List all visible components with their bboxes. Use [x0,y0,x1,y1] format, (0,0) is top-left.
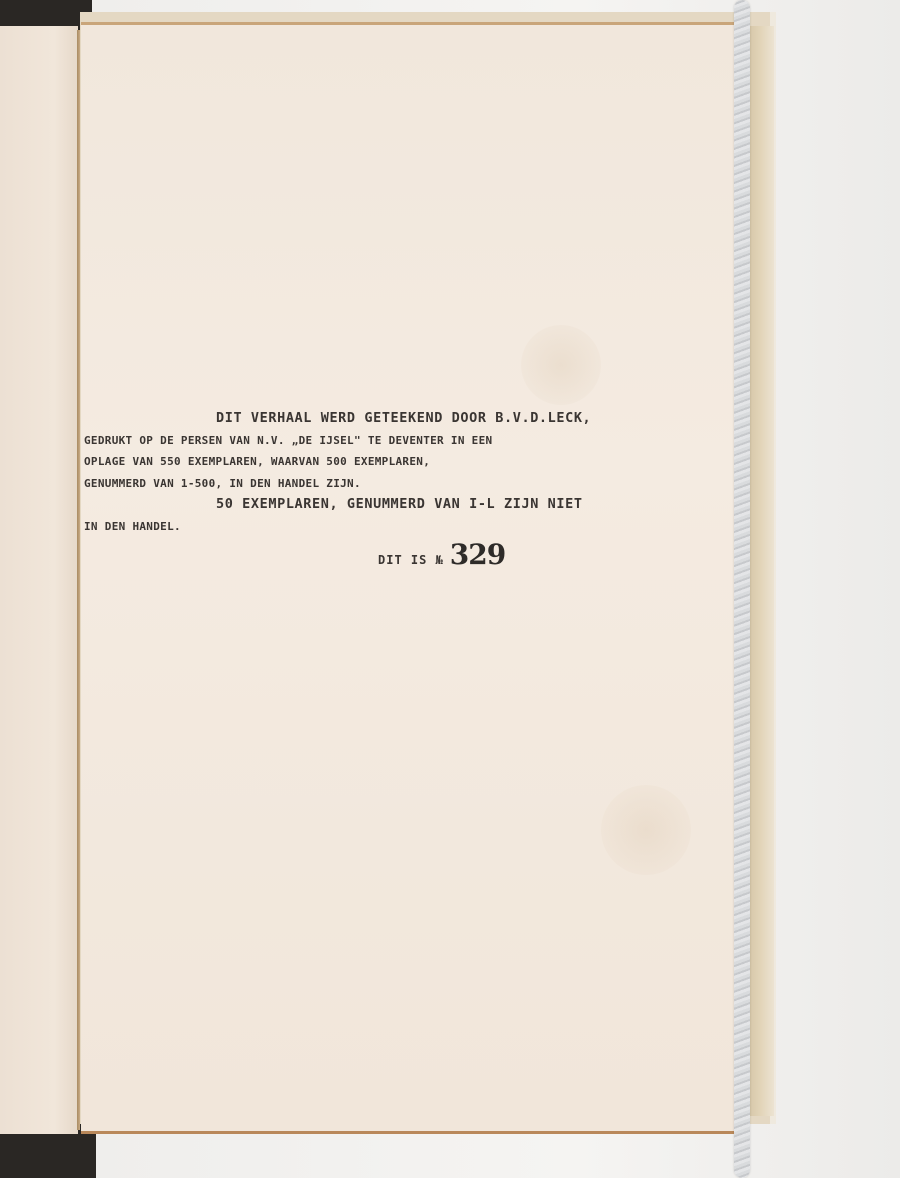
colophon-line: GEDRUKT OP DE PERSEN VAN N.V. „DE IJSEL"… [84,430,704,452]
paper-stain [521,325,601,405]
paper-stain [601,785,691,875]
copy-number: DIT IS № 329 [378,538,505,571]
copy-number-prefix: DIT IS № [378,553,444,567]
left-page [0,26,78,1134]
colophon-line: IN DEN HANDEL. [84,516,704,538]
colophon-line: OPLAGE VAN 550 EXEMPLAREN, WAARVAN 500 E… [84,451,704,473]
colophon-text: DIT VERHAAL WERD GETEEKEND DOOR B.v.d.LE… [84,408,704,537]
colophon-line: 50 EXEMPLAREN, GENUMMERD VAN I-L ZIJN NI… [84,494,704,516]
right-page [81,22,743,1134]
binding-cord [734,0,750,1178]
colophon-line: GENUMMERD VAN 1-500, IN DEN HANDEL ZIJN. [84,473,704,495]
book-gutter [77,30,80,1130]
copy-number-value: 329 [450,538,505,571]
colophon-line: DIT VERHAAL WERD GETEEKEND DOOR B.v.d.LE… [84,408,704,430]
